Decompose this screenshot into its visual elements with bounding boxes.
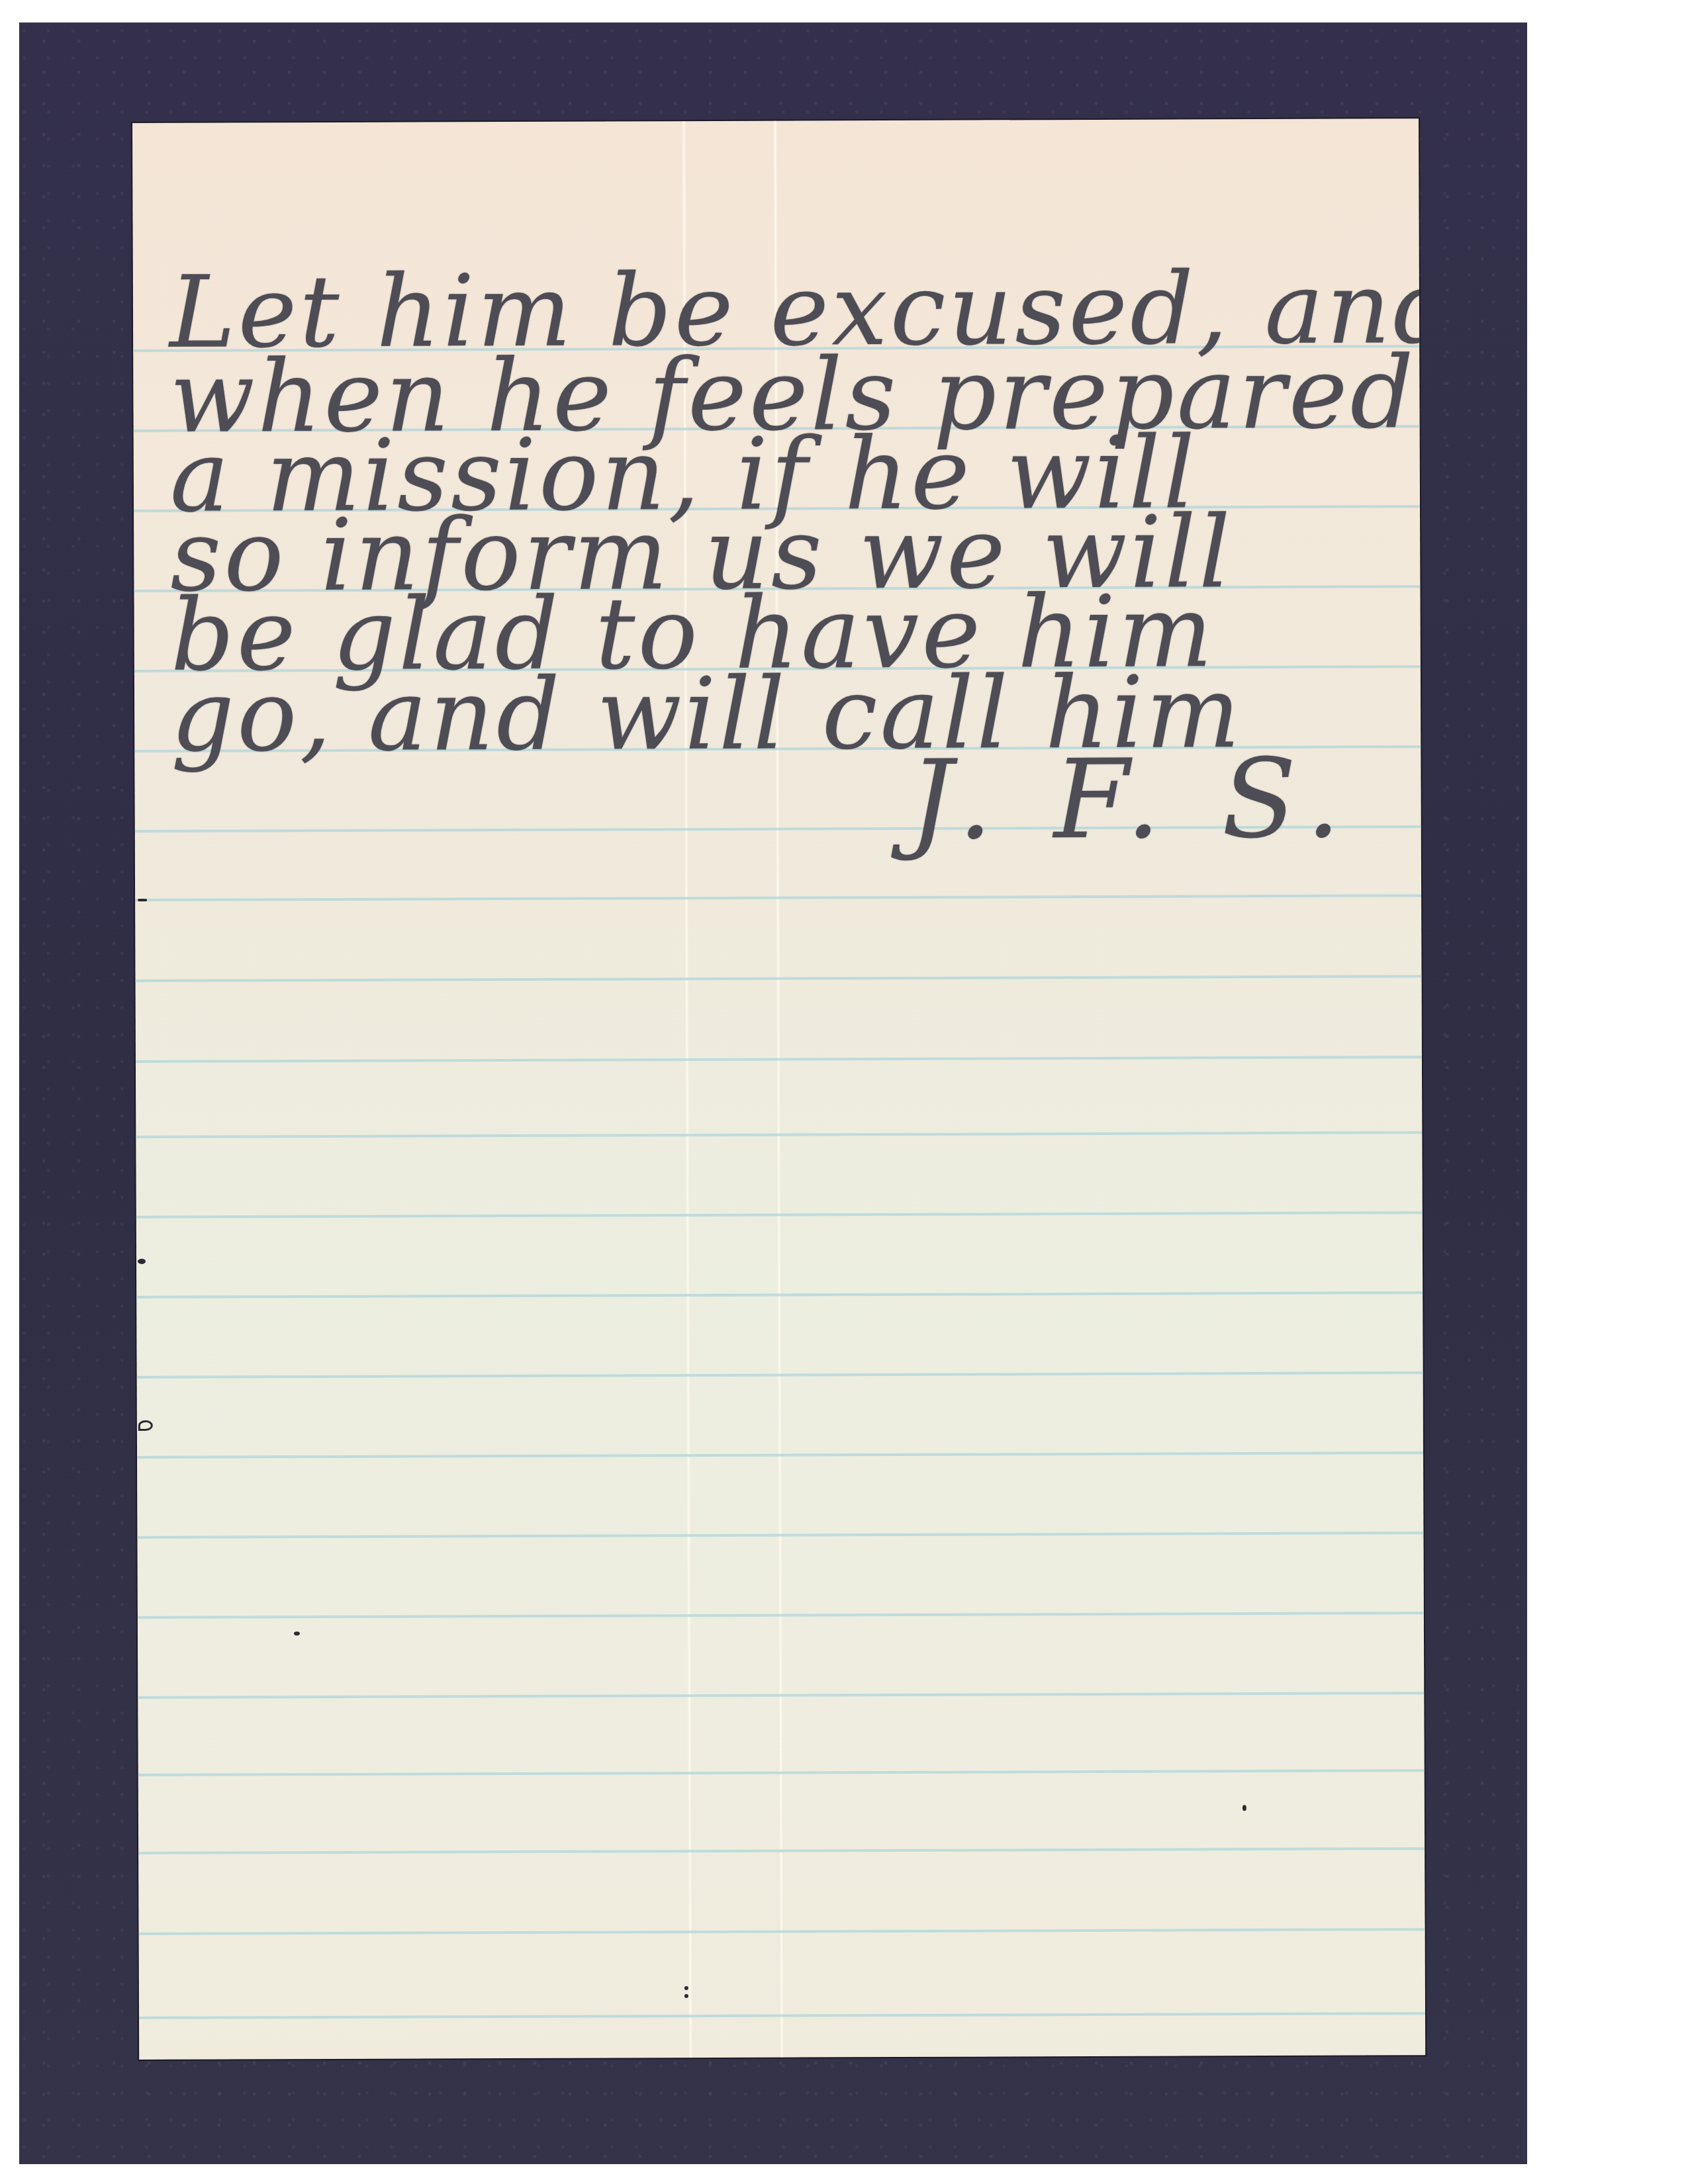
stray-pencil-mark [138,1259,146,1264]
stray-pencil-mark [138,1420,153,1431]
speck [684,1994,688,1998]
stray-pencil-mark [138,899,147,901]
speck [684,1986,688,1990]
speck [294,1631,300,1635]
ruled-letter-paper: Let him be excused, and when he feels pr… [132,118,1425,2060]
signature-initials: J. F. S. [909,745,1354,855]
speck [1243,1805,1246,1811]
